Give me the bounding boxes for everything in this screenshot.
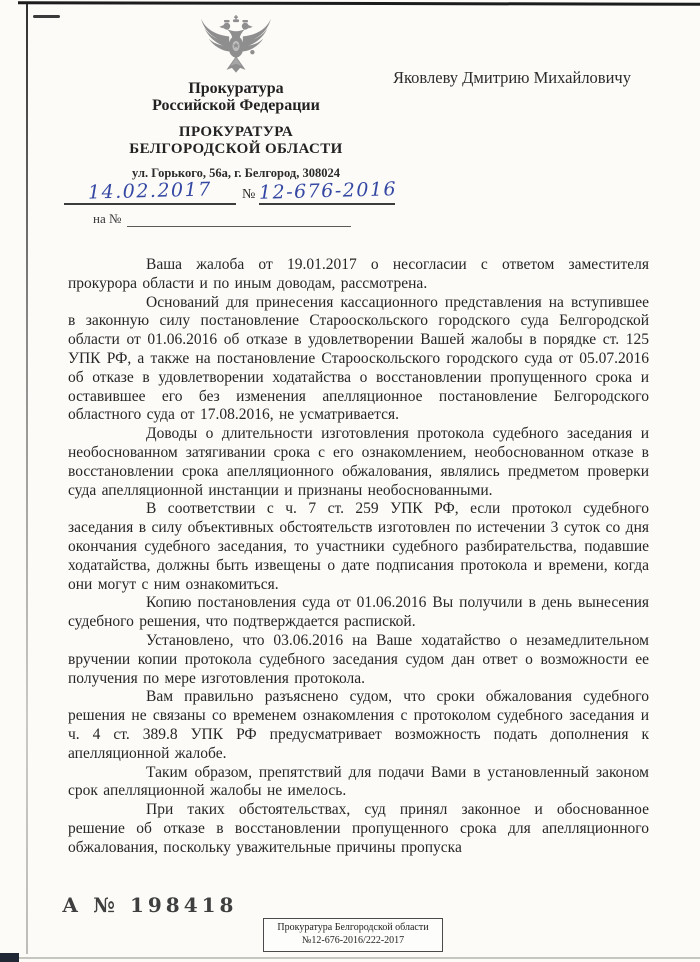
date-field: 14.02.2017 xyxy=(64,180,236,205)
org-name-line2: Российской Федерации xyxy=(70,97,402,114)
recipient-name: Яковлеву Дмитрию Михайловичу xyxy=(393,68,631,88)
scan-bottom-corner-artifact xyxy=(0,953,19,962)
in-reply-blank-line xyxy=(127,211,351,227)
body-paragraph: Доводы о длительности изготовления прото… xyxy=(68,425,649,500)
org-name-line1: Прокуратура xyxy=(70,80,402,97)
body-paragraph: Копию постановления суда от 01.06.2016 В… xyxy=(68,594,649,632)
stamp-org-line: Прокуратура Белгородской области xyxy=(266,922,440,935)
registration-stamp: Прокуратура Белгородской области №12-676… xyxy=(263,918,443,952)
body-paragraph: Оснований для принесения кассационного п… xyxy=(68,294,649,426)
in-reply-label: на № xyxy=(93,211,121,227)
scan-bottom-edge-artifact xyxy=(19,957,700,959)
body-paragraph: В соответствии с ч. 7 ст. 259 УПК РФ, ес… xyxy=(68,500,649,594)
body-paragraph: Ваша жалоба от 19.01.2017 о несогласии с… xyxy=(68,256,649,294)
blank-form-serial-number: А № 198418 xyxy=(62,893,237,917)
letter-body: Ваша жалоба от 19.01.2017 о несогласии с… xyxy=(68,256,649,894)
body-paragraph: При таких обстоятельствах, суд принял за… xyxy=(68,801,649,857)
body-paragraph: Установлено, что 03.06.2016 на Ваше хода… xyxy=(68,632,649,688)
document-page: Прокуратура Российской Федерации ПРОКУРА… xyxy=(0,0,700,962)
handwritten-date: 14.02.2017 xyxy=(88,178,212,203)
russian-coat-of-arms-icon xyxy=(195,14,277,78)
office-name-line2: БЕЛГОРОДСКОЙ ОБЛАСТИ xyxy=(70,141,402,158)
handwritten-number: 12-676-2016 xyxy=(259,178,398,204)
stamp-number-line: №12-676-2016/222-2017 xyxy=(266,935,440,948)
scan-top-edge-artifact xyxy=(18,1,700,5)
in-reply-row: на № xyxy=(93,211,351,227)
scan-left-edge-artifact xyxy=(26,4,28,954)
office-name-line1: ПРОКУРАТУРА xyxy=(70,124,402,141)
body-paragraph: Таким образом, препятствий для подачи Ва… xyxy=(68,764,649,802)
outgoing-number-field: 12-676-2016 xyxy=(259,180,395,205)
scan-dash-artifact xyxy=(33,15,60,18)
date-number-row: 14.02.2017 № 12-676-2016 xyxy=(64,180,395,205)
number-sign: № xyxy=(242,187,255,203)
letterhead: Прокуратура Российской Федерации ПРОКУРА… xyxy=(70,14,402,181)
body-paragraph: Вам правильно разъяснено судом, что срок… xyxy=(68,688,649,763)
